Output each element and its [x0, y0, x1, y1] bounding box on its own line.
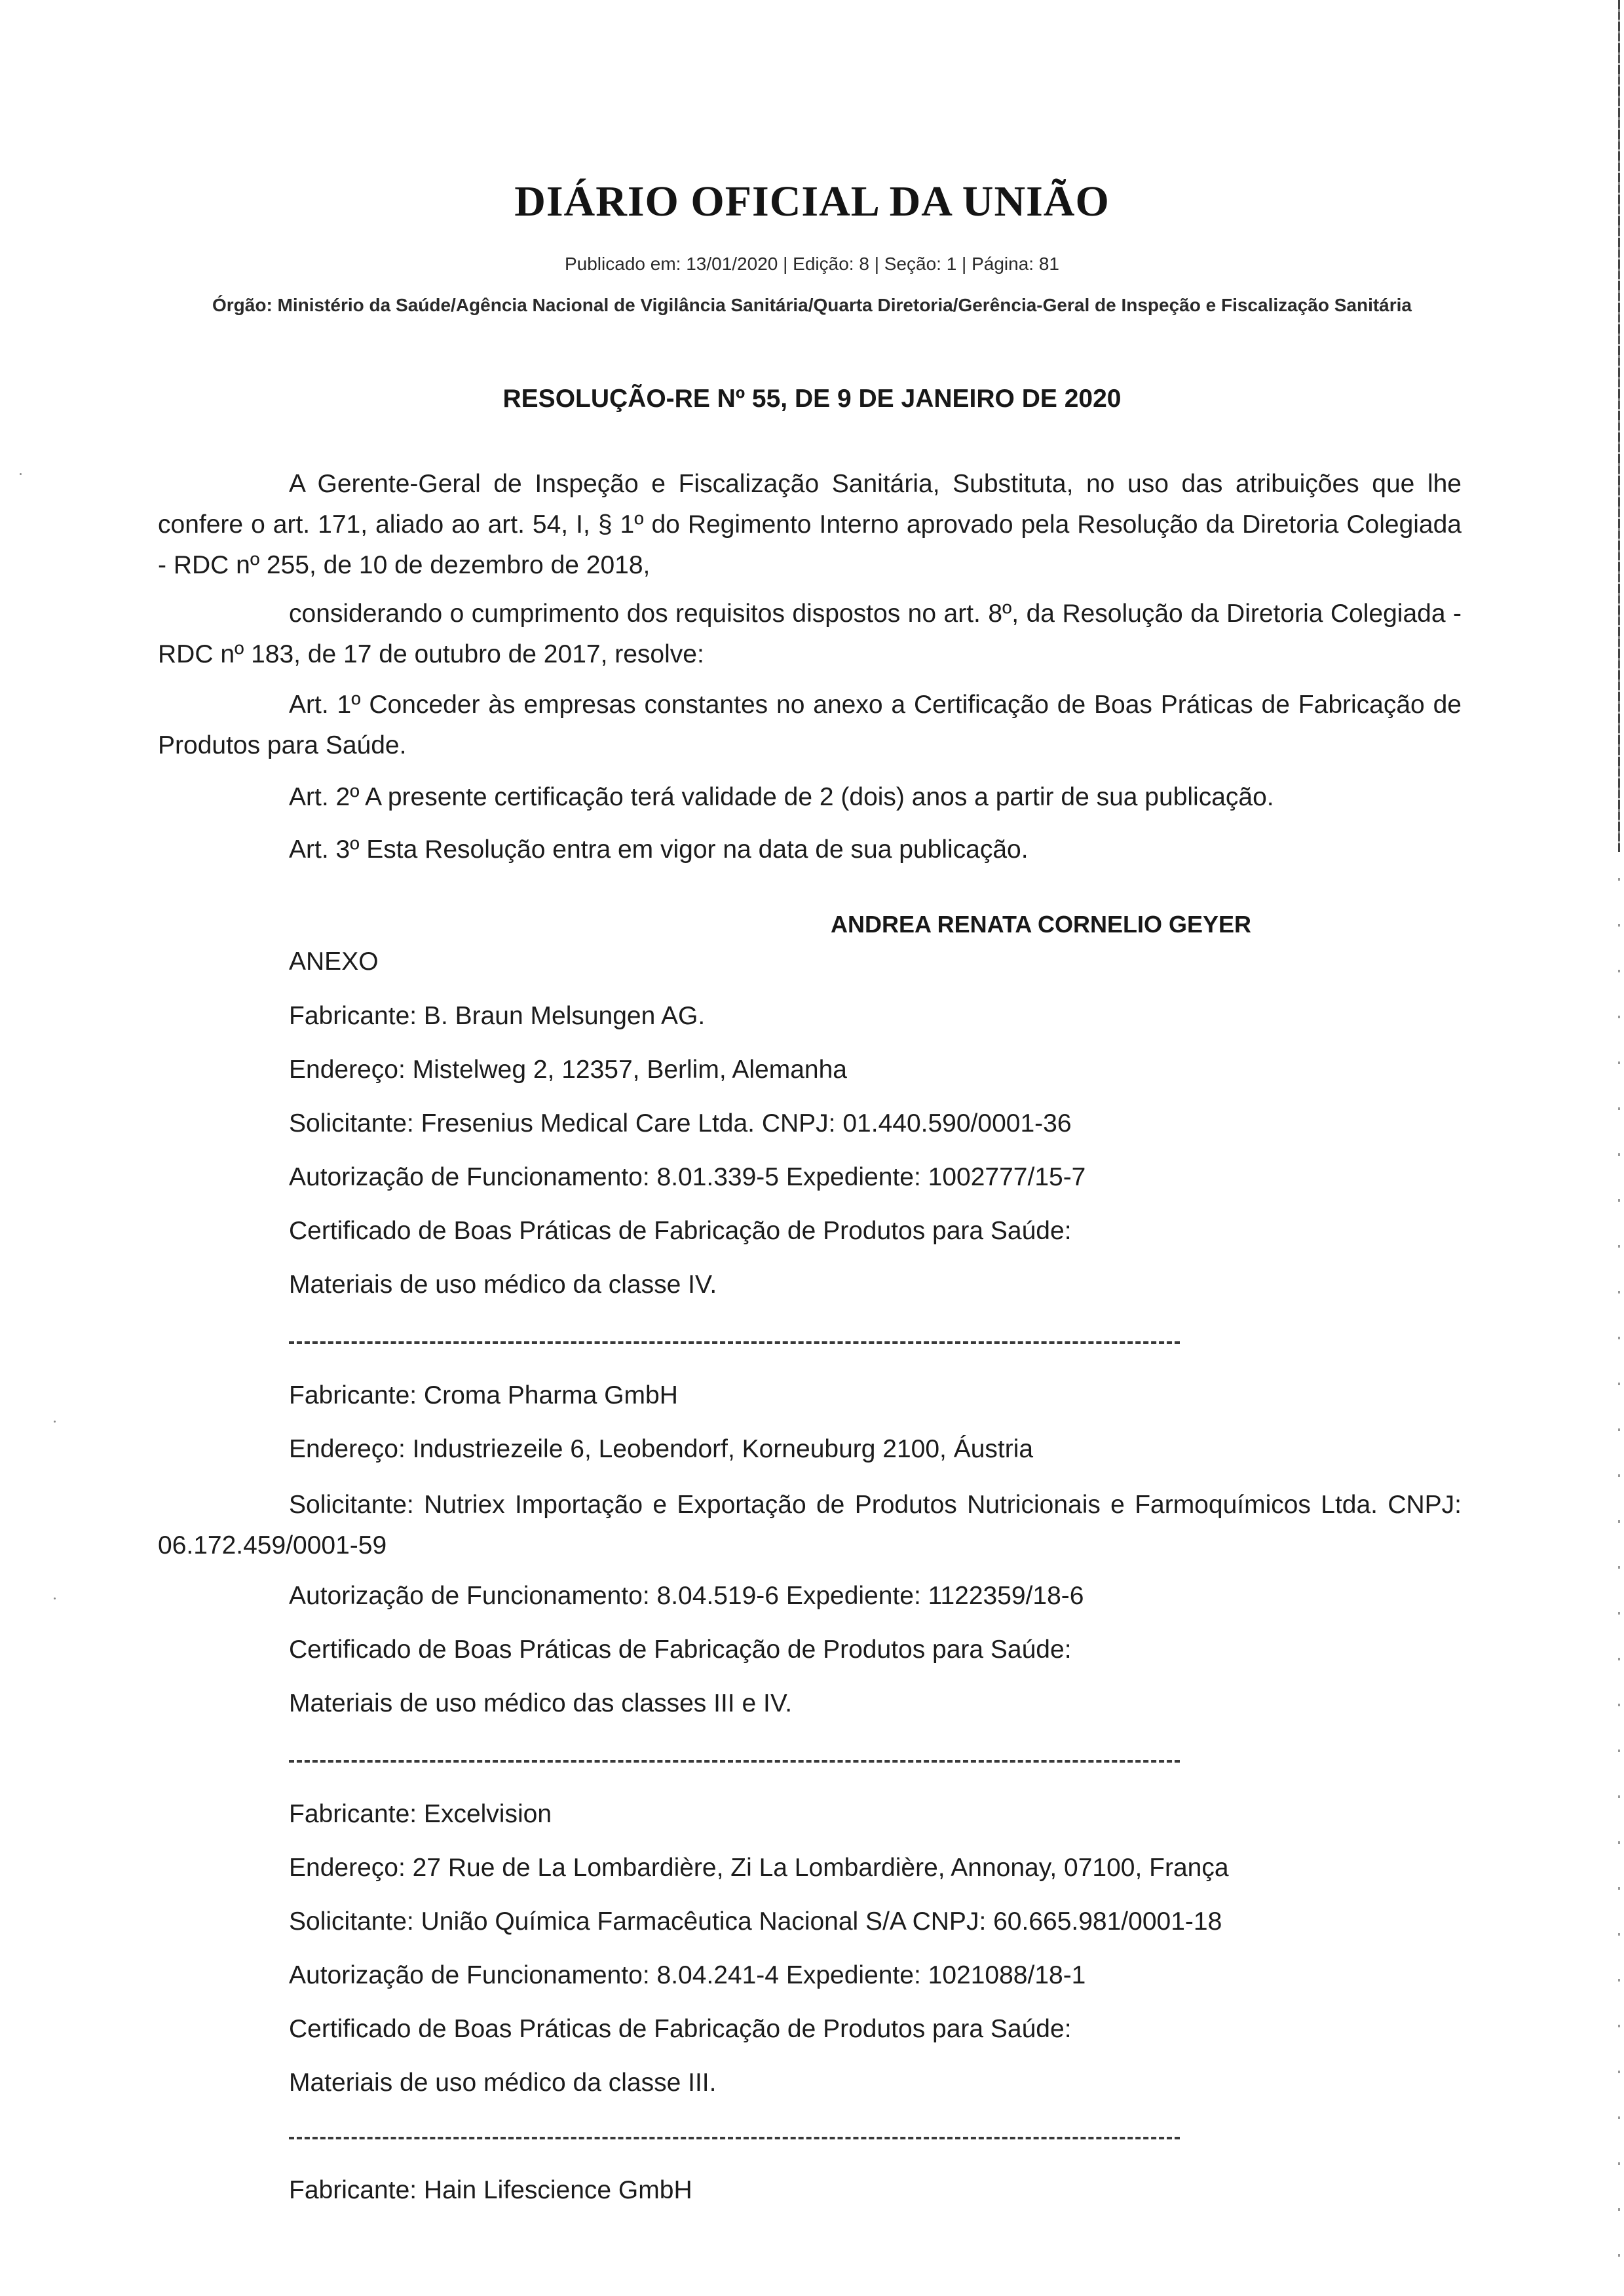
manufacturer: Fabricante: Croma Pharma GmbH: [289, 1383, 678, 1408]
applicant-text: Solicitante: Nutriex Importação e Export…: [158, 1485, 1462, 1566]
materials-class: Materiais de uso médico das classes III …: [289, 1691, 792, 1716]
materials-class: Materiais de uso médico da classe IV.: [289, 1272, 717, 1297]
manufacturer: Fabricante: Hain Lifescience GmbH: [289, 2177, 692, 2203]
resolution-title: RESOLUÇÃO-RE Nº 55, DE 9 DE JANEIRO DE 2…: [0, 385, 1624, 413]
publication-title: DIÁRIO OFICIAL DA UNIÃO: [0, 180, 1624, 223]
paragraph-text: Art. 1º Conceder às empresas constantes …: [158, 685, 1462, 766]
materials-class: Materiais de uso médico da classe III.: [289, 2070, 716, 2095]
considering-paragraph: considerando o cumprimento dos requisito…: [158, 594, 1462, 675]
operating-authorization: Autorização de Funcionamento: 8.01.339-5…: [289, 1164, 1086, 1190]
entry-separator: [289, 1760, 1180, 1763]
paragraph-text: considerando o cumprimento dos requisito…: [158, 594, 1462, 675]
entry-separator: [289, 1341, 1180, 1344]
paragraph-text: A Gerente-Geral de Inspeção e Fiscalizaç…: [158, 464, 1462, 586]
preamble-paragraph: A Gerente-Geral de Inspeção e Fiscalizaç…: [158, 464, 1462, 586]
issuing-agency: Órgão: Ministério da Saúde/Agência Nacio…: [164, 290, 1461, 320]
scan-speck: [54, 1598, 56, 1599]
document-header: DIÁRIO OFICIAL DA UNIÃO Publicado em: 13…: [0, 180, 1624, 320]
scan-speck: [54, 1421, 56, 1423]
entry-separator: [289, 2137, 1180, 2139]
publication-info: Publicado em: 13/01/2020 | Edição: 8 | S…: [0, 254, 1624, 275]
signatory-name: ANDREA RENATA CORNELIO GEYER: [831, 911, 1251, 938]
applicant: Solicitante: União Química Farmacêutica …: [289, 1909, 1222, 1934]
scan-speck: [20, 473, 22, 475]
certificate-label: Certificado de Boas Práticas de Fabricaç…: [289, 1218, 1072, 1244]
certificate-label: Certificado de Boas Práticas de Fabricaç…: [289, 1637, 1072, 1662]
applicant: Solicitante: Fresenius Medical Care Ltda…: [289, 1111, 1072, 1136]
annex-heading: ANEXO: [289, 947, 379, 976]
article-2: Art. 2º A presente certificação terá val…: [158, 777, 1462, 818]
address: Endereço: 27 Rue de La Lombardière, Zi L…: [289, 1855, 1229, 1881]
paragraph-text: Art. 2º A presente certificação terá val…: [158, 777, 1462, 818]
operating-authorization: Autorização de Funcionamento: 8.04.241-4…: [289, 1962, 1086, 1988]
paragraph-text: Art. 3º Esta Resolução entra em vigor na…: [158, 830, 1462, 870]
certificate-label: Certificado de Boas Práticas de Fabricaç…: [289, 2016, 1072, 2042]
operating-authorization: Autorização de Funcionamento: 8.04.519-6…: [289, 1583, 1084, 1609]
scan-edge-artifact-fade: [1618, 852, 1620, 2296]
address: Endereço: Mistelweg 2, 12357, Berlim, Al…: [289, 1057, 847, 1082]
article-3: Art. 3º Esta Resolução entra em vigor na…: [158, 830, 1462, 870]
address: Endereço: Industriezeile 6, Leobendorf, …: [289, 1436, 1033, 1462]
manufacturer: Fabricante: B. Braun Melsungen AG.: [289, 1003, 705, 1029]
applicant: Solicitante: Nutriex Importação e Export…: [158, 1485, 1462, 1566]
manufacturer: Fabricante: Excelvision: [289, 1801, 552, 1827]
article-1: Art. 1º Conceder às empresas constantes …: [158, 685, 1462, 766]
